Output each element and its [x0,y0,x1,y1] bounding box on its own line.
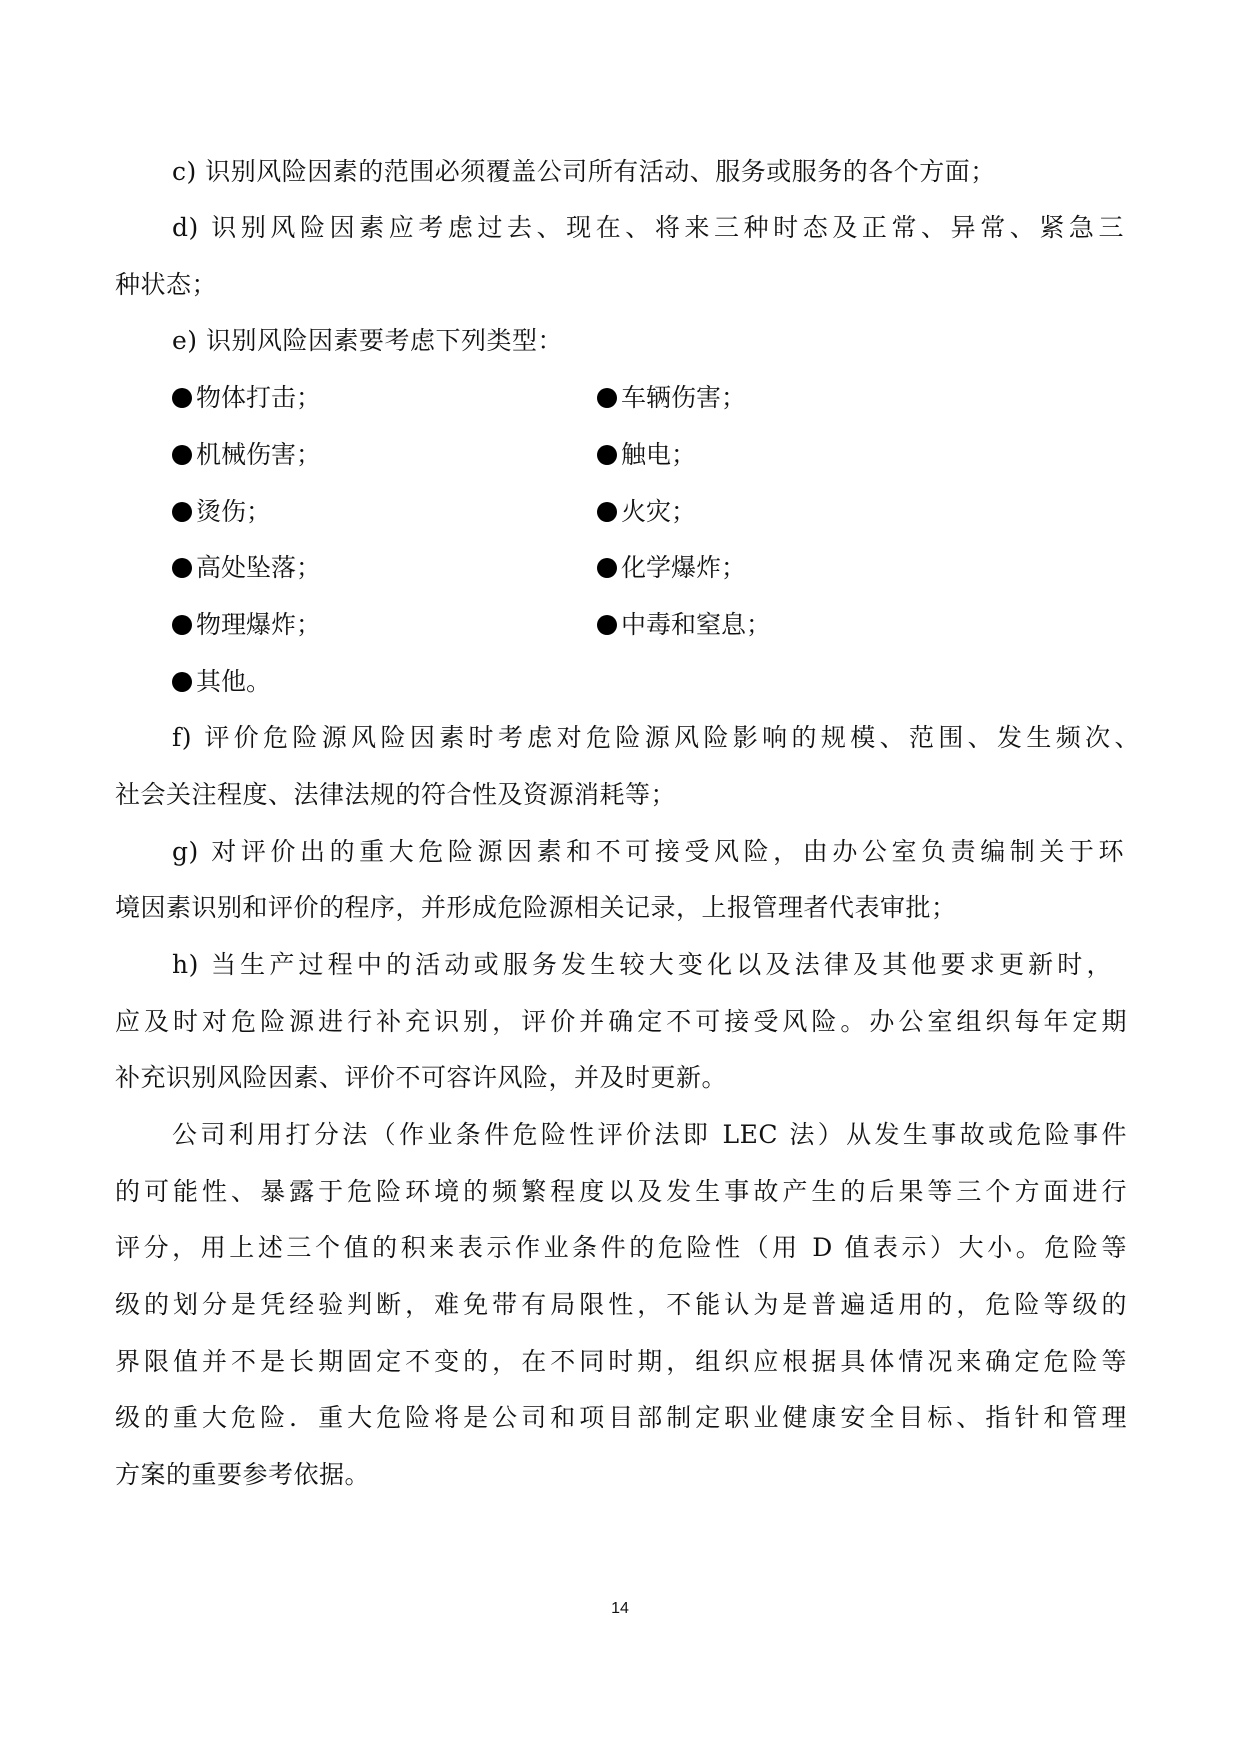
hazard-label: 机械伤害； [196,440,321,469]
hazard-item: 物理爆炸； [172,610,321,640]
hazard-label: 火灾； [621,497,696,526]
hazard-label: 触电； [621,440,696,469]
hazard-item: 化学爆炸； [597,553,746,583]
bullet-icon [597,388,617,408]
hazard-label: 物理爆炸； [196,610,321,639]
hazard-label: 高处坠落； [196,553,321,582]
document-page: c) 识别风险因素的范围必须覆盖公司所有活动、服务或服务的各个方面； d) 识别… [0,0,1240,1754]
paragraph-lec-line-3: 评分，用上述三个值的积来表示作业条件的危险性（用 D 值表示）大小。危险等 [115,1233,1127,1263]
bullet-icon [597,558,617,578]
bullet-icon [172,445,192,465]
paragraph-lec-line-4: 级的划分是凭经验判断，难免带有局限性，不能认为是普遍适用的，危险等级的 [115,1290,1127,1320]
paragraph-d-line-2: 种状态； [115,270,217,300]
hazard-item: 机械伤害； [172,440,321,470]
paragraph-lec-line-2: 的可能性、暴露于危险环境的频繁程度以及发生事故产生的后果等三个方面进行 [115,1177,1127,1207]
paragraph-h-line-2: 应及时对危险源进行补充识别，评价并确定不可接受风险。办公室组织每年定期 [115,1007,1127,1037]
paragraph-lec-line-6: 级的重大危险．重大危险将是公司和项目部制定职业健康安全目标、指针和管理 [115,1403,1127,1433]
hazard-label: 中毒和窒息； [621,610,771,639]
bullet-icon [597,615,617,635]
hazard-item: 其他。 [172,667,271,697]
paragraph-lec-line-7: 方案的重要参考依据。 [115,1460,370,1490]
bullet-icon [597,502,617,522]
hazard-item: 车辆伤害； [597,383,746,413]
paragraph-g-line-2: 境因素识别和评价的程序，并形成危险源相关记录，上报管理者代表审批； [115,893,957,923]
hazard-item: 烫伤； [172,497,271,527]
paragraph-lec-line-1: 公司利用打分法（作业条件危险性评价法即 LEC 法）从发生事故或危险事件 [172,1120,1127,1150]
paragraph-c-line-1: c) 识别风险因素的范围必须覆盖公司所有活动、服务或服务的各个方面； [172,157,996,187]
hazard-label: 车辆伤害； [621,383,746,412]
bullet-icon [172,558,192,578]
bullet-icon [172,388,192,408]
hazard-item: 火灾； [597,497,696,527]
paragraph-f-line-1: f) 评价危险源风险因素时考虑对危险源风险影响的规模、范围、发生频次、 [172,723,1140,753]
hazard-item: 高处坠落； [172,553,321,583]
paragraph-d-line-1: d) 识别风险因素应考虑过去、现在、将来三种时态及正常、异常、紧急三 [172,213,1124,243]
bullet-icon [172,615,192,635]
hazard-label: 其他。 [196,667,271,696]
paragraph-g-line-1: g) 对评价出的重大危险源因素和不可接受风险，由办公室负责编制关于环 [172,837,1124,867]
paragraph-h-line-1: h) 当生产过程中的活动或服务发生较大变化以及法律及其他要求更新时， [172,950,1112,980]
paragraph-h-line-3: 补充识别风险因素、评价不可容许风险，并及时更新。 [115,1063,727,1093]
hazard-item: 物体打击； [172,383,321,413]
hazard-label: 化学爆炸； [621,553,746,582]
hazard-item: 触电； [597,440,696,470]
hazard-label: 烫伤； [196,497,271,526]
hazard-item: 中毒和窒息； [597,610,771,640]
paragraph-f-line-2: 社会关注程度、法律法规的符合性及资源消耗等； [115,780,676,810]
bullet-icon [172,502,192,522]
hazard-label: 物体打击； [196,383,321,412]
bullet-icon [172,672,192,692]
paragraph-lec-line-5: 界限值并不是长期固定不变的，在不同时期，组织应根据具体情况来确定危险等 [115,1347,1127,1377]
bullet-icon [597,445,617,465]
page-number: 14 [0,1600,1240,1618]
paragraph-e-line-1: e) 识别风险因素要考虑下列类型： [172,326,563,356]
